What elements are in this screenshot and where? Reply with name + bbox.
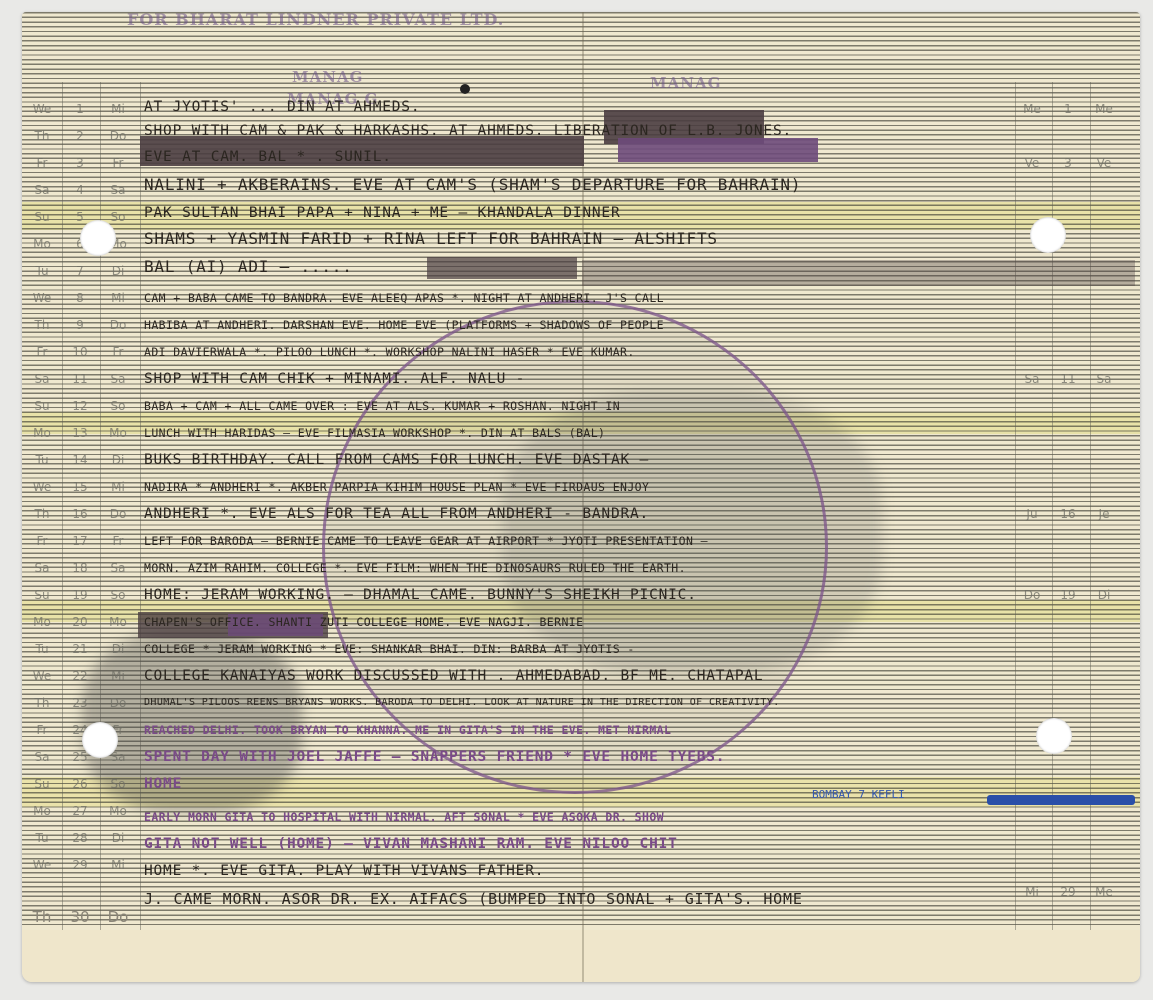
- calendar-day: Sa25Sa: [22, 746, 138, 768]
- diary-entry: SPENT DAY WITH JOEL JAFFE — SNAPPERS FRI…: [144, 746, 1132, 768]
- diary-entry: HABIBA AT ANDHERI. DARSHAN EVE. HOME EVE…: [144, 314, 1132, 336]
- diary-entry: HOME: JERAM WORKING. — DHAMAL CAME. BUNN…: [144, 584, 1132, 606]
- calendar-day: We22Mi: [22, 665, 138, 687]
- ink-dot: [460, 84, 470, 94]
- calendar-day: We8Mi: [22, 287, 138, 309]
- diary-entry: EVE AT CAM. BAL * . SUNIL.: [144, 146, 1132, 168]
- calendar-day: Su5So: [22, 206, 138, 228]
- diary-entry: CAM + BABA CAME TO BANDRA. EVE ALEEQ APA…: [144, 287, 1132, 309]
- diary-entry: DHUMAL'S PILOOS REENS BRYANS WORKS. BARO…: [144, 692, 1132, 714]
- diary-entry: BAL (AI) ADI — .....: [144, 256, 1132, 278]
- diary-entry: PAK SULTAN BHAI PAPA + NINA + ME — KHAND…: [144, 202, 1132, 224]
- blue-annotation: BOMBAY 7 KEFLI: [812, 788, 905, 801]
- diary-entry: COLLEGE * JERAM WORKING * EVE: SHANKAR B…: [144, 638, 1132, 660]
- calendar-day: Su19So: [22, 584, 138, 606]
- diary-entry: SHOP WITH CAM & PAK & HARKASHS. AT AHMED…: [144, 120, 1132, 142]
- calendar-day: Sa11Sa: [22, 368, 138, 390]
- diary-entry: AT JYOTIS' ... DIN AT AHMEDS.: [144, 96, 1132, 118]
- diary-entry: GITA NOT WELL (HOME) — VIVAN MASHANI RAM…: [144, 833, 1132, 855]
- calendar-day: Tu21Di: [22, 638, 138, 660]
- diary-page: FOR BHARAT LINDNER PRIVATE LTD. MANAG MA…: [22, 12, 1140, 982]
- company-stamp: MANAG: [650, 74, 721, 92]
- calendar-day: Tu7Di: [22, 260, 138, 282]
- punch-hole: [82, 722, 118, 758]
- company-stamp: MANAG: [292, 68, 363, 86]
- calendar-day: Sa18Sa: [22, 557, 138, 579]
- calendar-day: Mo20Mo: [22, 611, 138, 633]
- diary-entry: REACHED DELHI. TOOK BRYAN TO KHANNA. ME …: [144, 719, 1132, 741]
- punch-hole: [1036, 718, 1072, 754]
- calendar-day: We15Mi: [22, 476, 138, 498]
- calendar-day: Su26So: [22, 773, 138, 795]
- diary-entry: HOME: [144, 773, 1132, 795]
- diary-entry: SHOP WITH CAM CHIK + MINAMI. ALF. NALU -: [144, 368, 1132, 390]
- diary-entry: COLLEGE KANAIYAS WORK DISCUSSED WITH . A…: [144, 665, 1132, 687]
- calendar-day: Mo13Mo: [22, 422, 138, 444]
- calendar-day: We29Mi: [22, 854, 138, 876]
- calendar-day: Fr10Fr: [22, 341, 138, 363]
- diary-entry: LEFT FOR BARODA — BERNIE CAME TO LEAVE G…: [144, 530, 1132, 552]
- calendar-day: Th16Do: [22, 503, 138, 525]
- calendar-day: Tu28Di: [22, 827, 138, 849]
- diary-entry: SHAMS + YASMIN FARID + RINA LEFT FOR BAH…: [144, 228, 1132, 250]
- calendar-day: Fr3Fr: [22, 152, 138, 174]
- calendar-day: Mo27Mo: [22, 800, 138, 822]
- calendar-day: Th2Do: [22, 125, 138, 147]
- calendar-day: Th23Do: [22, 692, 138, 714]
- calendar-day: We1Mi: [22, 98, 138, 120]
- diary-entry: NALINI + AKBERAINS. EVE AT CAM'S (SHAM'S…: [144, 174, 1132, 196]
- diary-entry: J. CAME MORN. ASOR DR. EX. AIFACS (BUMPE…: [144, 888, 1132, 910]
- company-stamp: FOR BHARAT LINDNER PRIVATE LTD.: [127, 12, 504, 29]
- diary-entry: HOME *. EVE GITA. PLAY WITH VIVANS FATHE…: [144, 860, 1132, 882]
- calendar-day: Fr24Fr: [22, 719, 138, 741]
- diary-entry: BUKS BIRTHDAY. CALL FROM CAMS FOR LUNCH.…: [144, 449, 1132, 471]
- diary-entry: LUNCH WITH HARIDAS — EVE FILMASIA WORKSH…: [144, 422, 1132, 444]
- punch-hole: [80, 220, 116, 256]
- diary-entry: MORN. AZIM RAHIM. COLLEGE *. EVE FILM: W…: [144, 557, 1132, 579]
- diary-entry: ANDHERI *. EVE ALS FOR TEA ALL FROM ANDH…: [144, 503, 1132, 525]
- blue-crayon-mark: [987, 795, 1135, 805]
- calendar-day: Th9Do: [22, 314, 138, 336]
- calendar-day: Sa4Sa: [22, 179, 138, 201]
- calendar-day: Su12So: [22, 395, 138, 417]
- diary-entry: CHAPEN'S OFFICE. SHANTI ZUTI COLLEGE HOM…: [144, 611, 1132, 633]
- punch-hole: [1030, 217, 1066, 253]
- diary-entry: NADIRA * ANDHERI *. AKBER PARPIA KIHIM H…: [144, 476, 1132, 498]
- calendar-day: Th30Do: [22, 906, 138, 928]
- calendar-day: Fr17Fr: [22, 530, 138, 552]
- diary-entry: EARLY MORN GITA TO HOSPITAL WITH NIRMAL.…: [144, 806, 1132, 828]
- bottom-margin: [22, 930, 1140, 982]
- diary-entry: BABA + CAM + ALL CAME OVER : EVE AT ALS.…: [144, 395, 1132, 417]
- diary-entry: ADI DAVIERWALA *. PILOO LUNCH *. WORKSHO…: [144, 341, 1132, 363]
- calendar-day: Tu14Di: [22, 449, 138, 471]
